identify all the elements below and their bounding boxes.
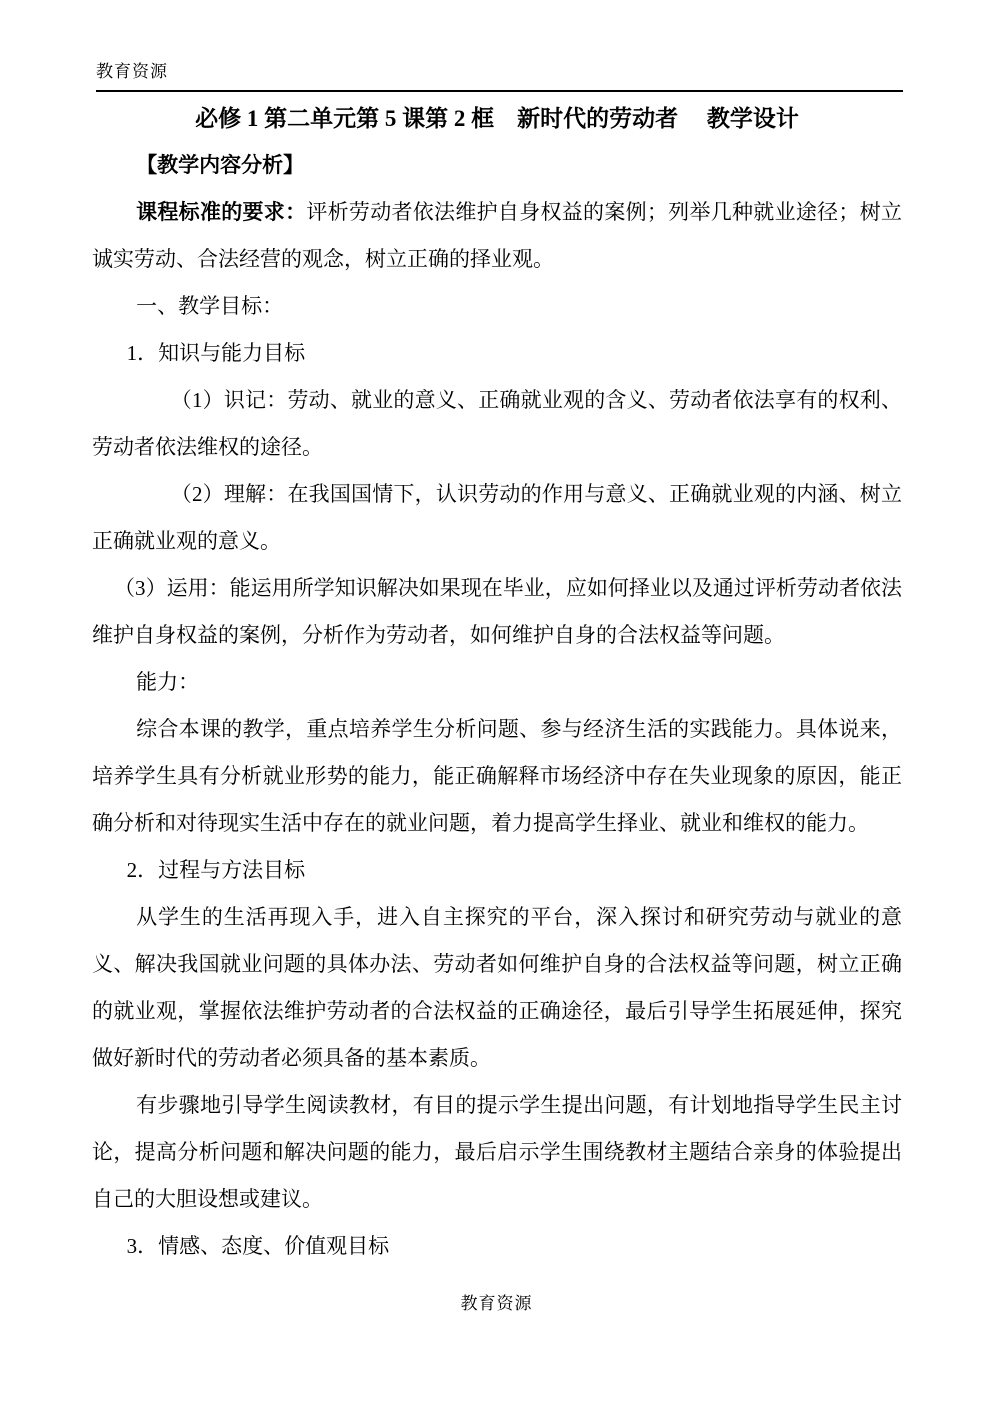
paragraph: 有步骤地引导学生阅读教材，有目的提示学生提出问题，有计划地指导学生民主讨论，提高…	[92, 1082, 902, 1223]
footer-brand: 教育资源	[0, 1294, 993, 1314]
paragraph: 【教学内容分析】	[92, 142, 902, 189]
paragraph: （3）运用：能运用所学知识解决如果现在毕业，应如何择业以及通过评析劳动者依法维护…	[92, 565, 902, 659]
paragraph: （1）识记：劳动、就业的意义、正确就业观的含义、劳动者依法享有的权利、劳动者依法…	[92, 377, 902, 471]
document-body: 【教学内容分析】课程标准的要求：评析劳动者依法维护自身权益的案例；列举几种就业途…	[92, 142, 902, 1270]
paragraph: 一、教学目标：	[92, 283, 902, 330]
paragraph: 综合本课的教学，重点培养学生分析问题、参与经济生活的实践能力。具体说来，培养学生…	[92, 706, 902, 847]
paragraph: 课程标准的要求：评析劳动者依法维护自身权益的案例；列举几种就业途径；树立诚实劳动…	[92, 189, 902, 283]
header-brand: 教育资源	[96, 62, 168, 82]
paragraph: 能力：	[92, 659, 902, 706]
paragraph: （2）理解：在我国国情下，认识劳动的作用与意义、正确就业观的内涵、树立正确就业观…	[92, 471, 902, 565]
paragraph-lead: 课程标准的要求：	[136, 200, 306, 224]
document-title: 必修 1 第二单元第 5 课第 2 框 新时代的劳动者 教学设计	[92, 105, 902, 132]
document-page: 教育资源 必修 1 第二单元第 5 课第 2 框 新时代的劳动者 教学设计 【教…	[0, 0, 993, 1404]
paragraph: 从学生的生活再现入手，进入自主探究的平台，深入探讨和研究劳动与就业的意义、解决我…	[92, 894, 902, 1082]
paragraph: 1．知识与能力目标	[92, 330, 902, 377]
header-rule	[96, 90, 903, 92]
paragraph: 3．情感、态度、价值观目标	[92, 1223, 902, 1270]
paragraph: 2．过程与方法目标	[92, 847, 902, 894]
